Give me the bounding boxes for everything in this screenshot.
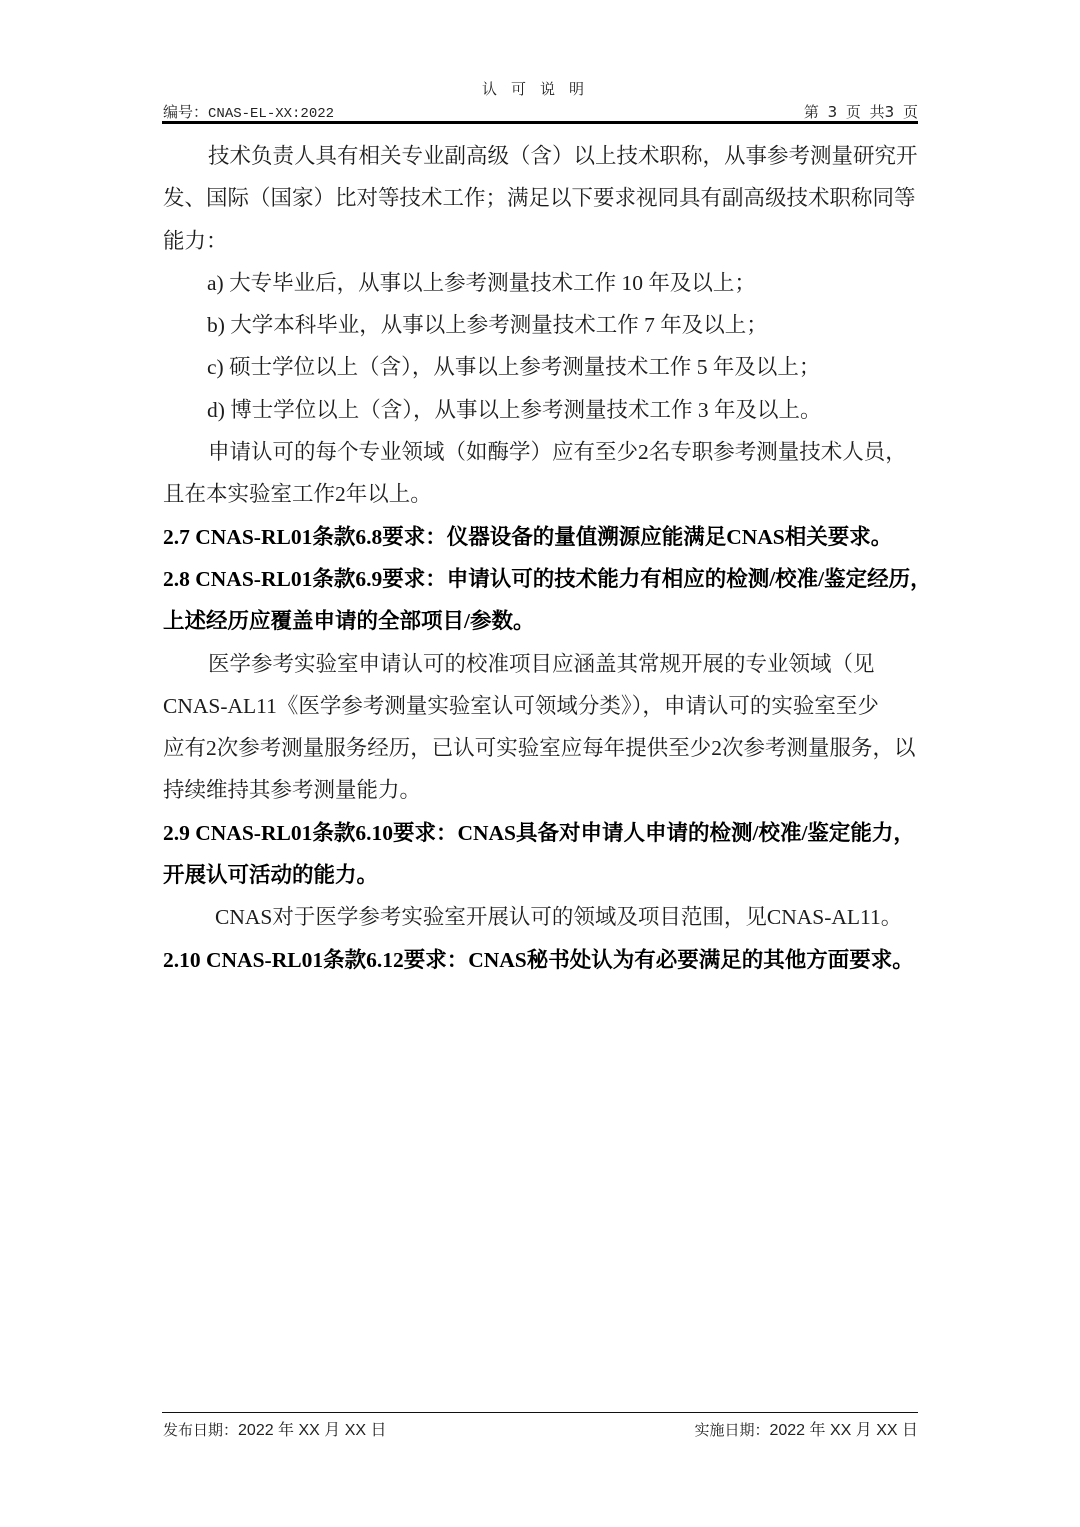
- paragraph-line: CNAS-AL11《医学参考测量实验室认可领域分类》），申请认可的实验室至少: [163, 685, 923, 727]
- section-heading-2-8-cont: 上述经历应覆盖申请的全部项目/参数。: [163, 600, 923, 642]
- paragraph-line: 持续维持其参考测量能力。: [163, 769, 923, 811]
- section-heading-2-9: 2.9 CNAS-RL01条款6.10要求：CNAS具备对申请人申请的检测/校准…: [163, 812, 923, 854]
- paragraph-line: 应有2次参考测量服务经历，已认可实验室应每年提供至少2次参考测量服务，以: [163, 727, 923, 769]
- section-heading-2-7: 2.7 CNAS-RL01条款6.8要求：仪器设备的量值溯源应能满足CNAS相关…: [163, 516, 923, 558]
- section-heading-2-10: 2.10 CNAS-RL01条款6.12要求：CNAS秘书处认为有必要满足的其他…: [163, 939, 923, 981]
- page-info: 第 3 页 共3 页: [804, 101, 918, 122]
- paragraph-line: 医学参考实验室申请认可的校准项目应涵盖其常规开展的专业领域（见: [163, 643, 923, 685]
- issue-date: 发布日期：2022 年 XX 月 XX 日: [163, 1417, 387, 1440]
- effective-date-label: 实施日期：: [694, 1421, 769, 1439]
- document-number: 编号：CNAS-EL-XX:2022: [163, 101, 334, 122]
- paragraph-line: 申请认可的每个专业领域（如酶学）应有至少2名专职参考测量技术人员，: [163, 431, 923, 473]
- issue-date-label: 发布日期：: [163, 1421, 238, 1439]
- list-item: d) 博士学位以上（含），从事以上参考测量技术工作 3 年及以上。: [163, 389, 923, 431]
- paragraph-line: 能力：: [163, 220, 923, 262]
- paragraph-line: 技术负责人具有相关专业副高级（含）以上技术职称，从事参考测量研究开: [163, 135, 923, 177]
- document-title: 认可说明: [0, 78, 1080, 99]
- document-number-value: CNAS-EL-XX:2022: [208, 106, 334, 122]
- paragraph-line: 发、国际（国家）比对等技术工作；满足以下要求视同具有副高级技术职称同等: [163, 177, 923, 219]
- issue-date-value: 2022 年 XX 月 XX 日: [238, 1422, 387, 1439]
- section-heading-2-8: 2.8 CNAS-RL01条款6.9要求：申请认可的技术能力有相应的检测/校准/…: [163, 558, 923, 600]
- paragraph-line: 且在本实验室工作2年以上。: [163, 473, 923, 515]
- footer-rule: [162, 1412, 918, 1413]
- effective-date: 实施日期：2022 年 XX 月 XX 日: [694, 1417, 918, 1440]
- list-item: a) 大专毕业后，从事以上参考测量技术工作 10 年及以上；: [163, 262, 923, 304]
- body-text: 技术负责人具有相关专业副高级（含）以上技术职称，从事参考测量研究开 发、国际（国…: [163, 135, 923, 981]
- document-number-label: 编号：: [163, 103, 208, 121]
- effective-date-value: 2022 年 XX 月 XX 日: [769, 1422, 918, 1439]
- document-page: 认可说明 编号：CNAS-EL-XX:2022 第 3 页 共3 页 技术负责人…: [0, 0, 1080, 1527]
- section-heading-2-9-cont: 开展认可活动的能力。: [163, 854, 923, 896]
- list-item: c) 硕士学位以上（含），从事以上参考测量技术工作 5 年及以上；: [163, 346, 923, 388]
- header-rule: [162, 121, 918, 124]
- paragraph-line: CNAS对于医学参考实验室开展认可的领域及项目范围，见CNAS-AL11。: [163, 896, 923, 938]
- list-item: b) 大学本科毕业，从事以上参考测量技术工作 7 年及以上；: [163, 304, 923, 346]
